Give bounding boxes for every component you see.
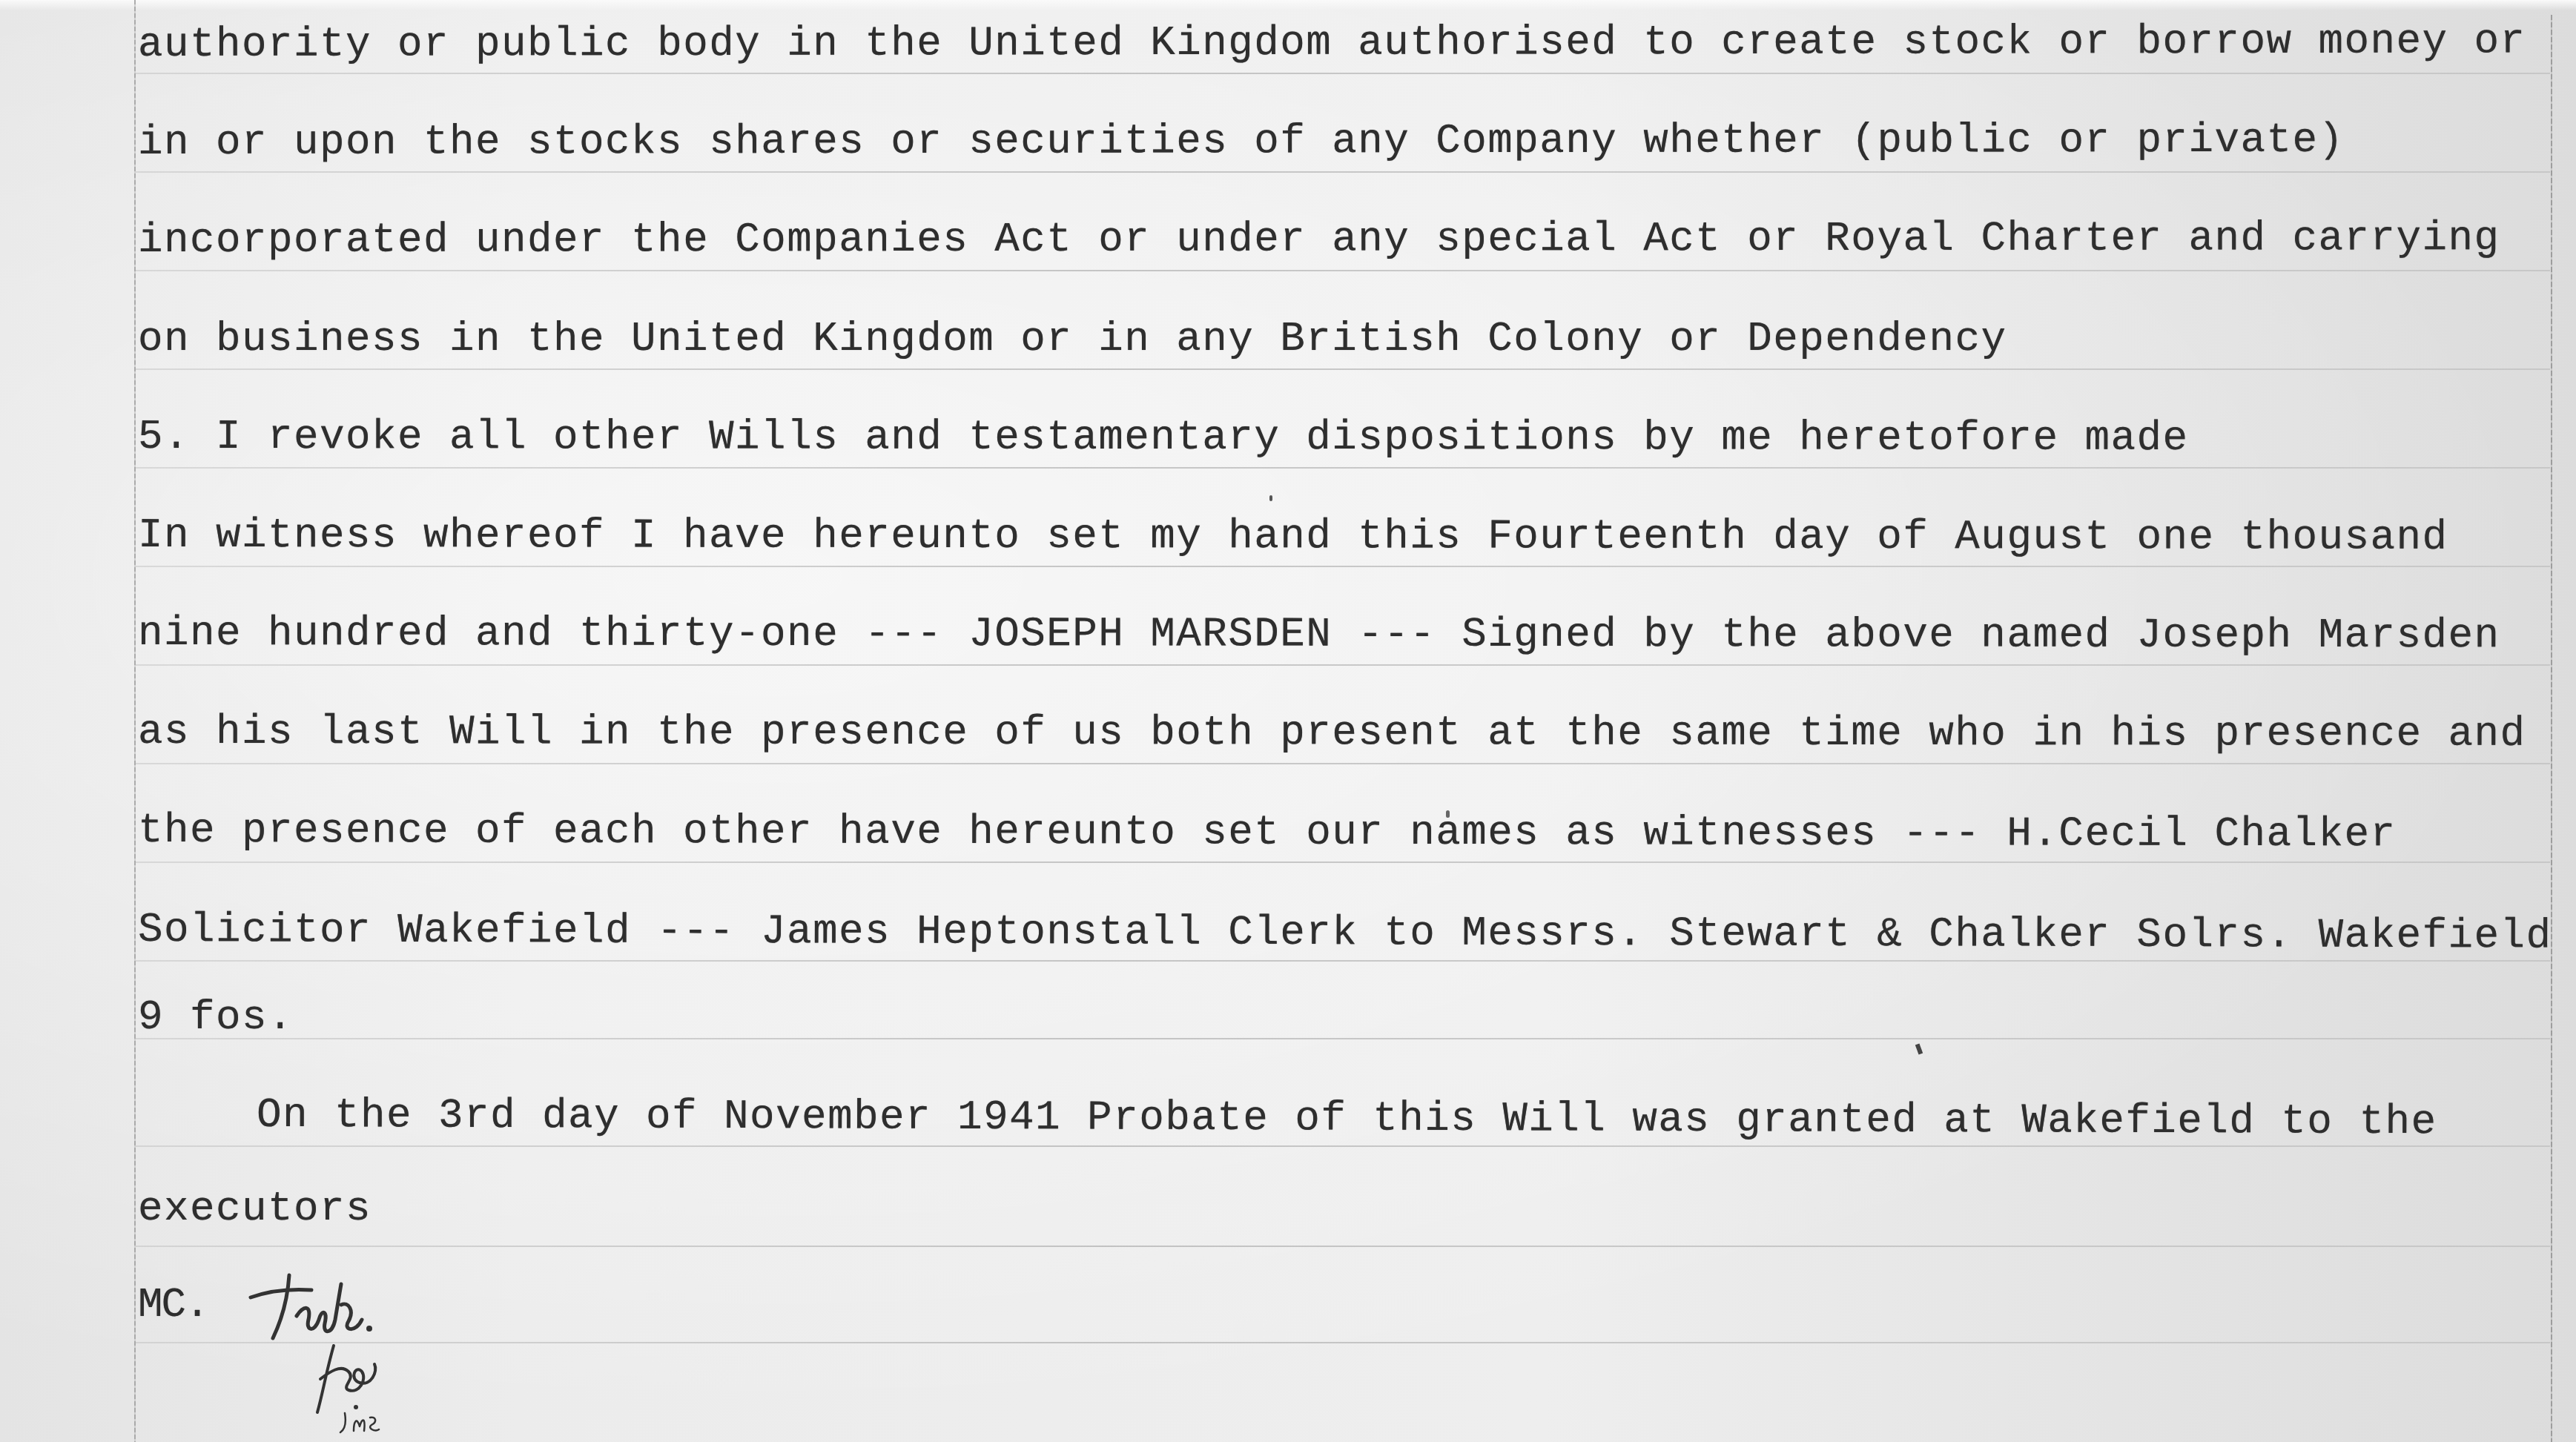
text-line: incorporated under the Companies Act or …	[138, 214, 2500, 264]
ruled-line	[136, 270, 2550, 271]
initials-mark-icon	[337, 1409, 382, 1438]
ruled-line	[136, 960, 2550, 962]
document-page: authority or public body in the United K…	[0, 0, 2576, 1442]
right-margin-rule	[2551, 15, 2552, 1442]
text-line: in or upon the stocks shares or securiti…	[138, 116, 2345, 166]
ruled-line	[136, 73, 2550, 74]
text-line: Solicitor Wakefield --- James Heptonstal…	[138, 906, 2552, 960]
text-line: 5. I revoke all other Wills and testamen…	[138, 413, 2188, 462]
ruled-line	[136, 1038, 2550, 1039]
clerk-mark: MC.	[138, 1281, 208, 1329]
ink-speck	[1446, 810, 1450, 818]
ruled-line	[136, 368, 2550, 370]
page-top-edge	[0, 0, 2576, 10]
probate-line-executors: executors	[138, 1185, 371, 1232]
ruled-line	[136, 467, 2550, 469]
ruled-line	[136, 1246, 2550, 1247]
handwritten-signature-icon	[237, 1268, 430, 1442]
probate-line: On the 3rd day of November 1941 Probate …	[257, 1091, 2437, 1145]
text-line: on business in the United Kingdom or in …	[138, 315, 2007, 363]
ink-speck	[1915, 1043, 1923, 1054]
ruled-line	[136, 1145, 2550, 1147]
text-line: the presence of each other have hereunto…	[138, 807, 2397, 858]
folio-count: 9 fos.	[138, 993, 294, 1041]
ruled-line	[136, 664, 2550, 666]
ink-speck	[1269, 495, 1272, 501]
text-line: authority or public body in the United K…	[138, 18, 2526, 68]
left-margin-rule	[134, 0, 136, 1442]
ruled-line	[136, 566, 2550, 567]
text-line: In witness whereof I have hereunto set m…	[138, 512, 2448, 561]
ruled-line	[136, 861, 2550, 863]
ruled-line	[136, 763, 2550, 764]
text-line: nine hundred and thirty-one --- JOSEPH M…	[138, 609, 2500, 659]
text-line: as his last Will in the presence of us b…	[138, 708, 2526, 758]
ruled-line	[136, 171, 2550, 173]
ruled-line	[136, 1342, 2550, 1343]
